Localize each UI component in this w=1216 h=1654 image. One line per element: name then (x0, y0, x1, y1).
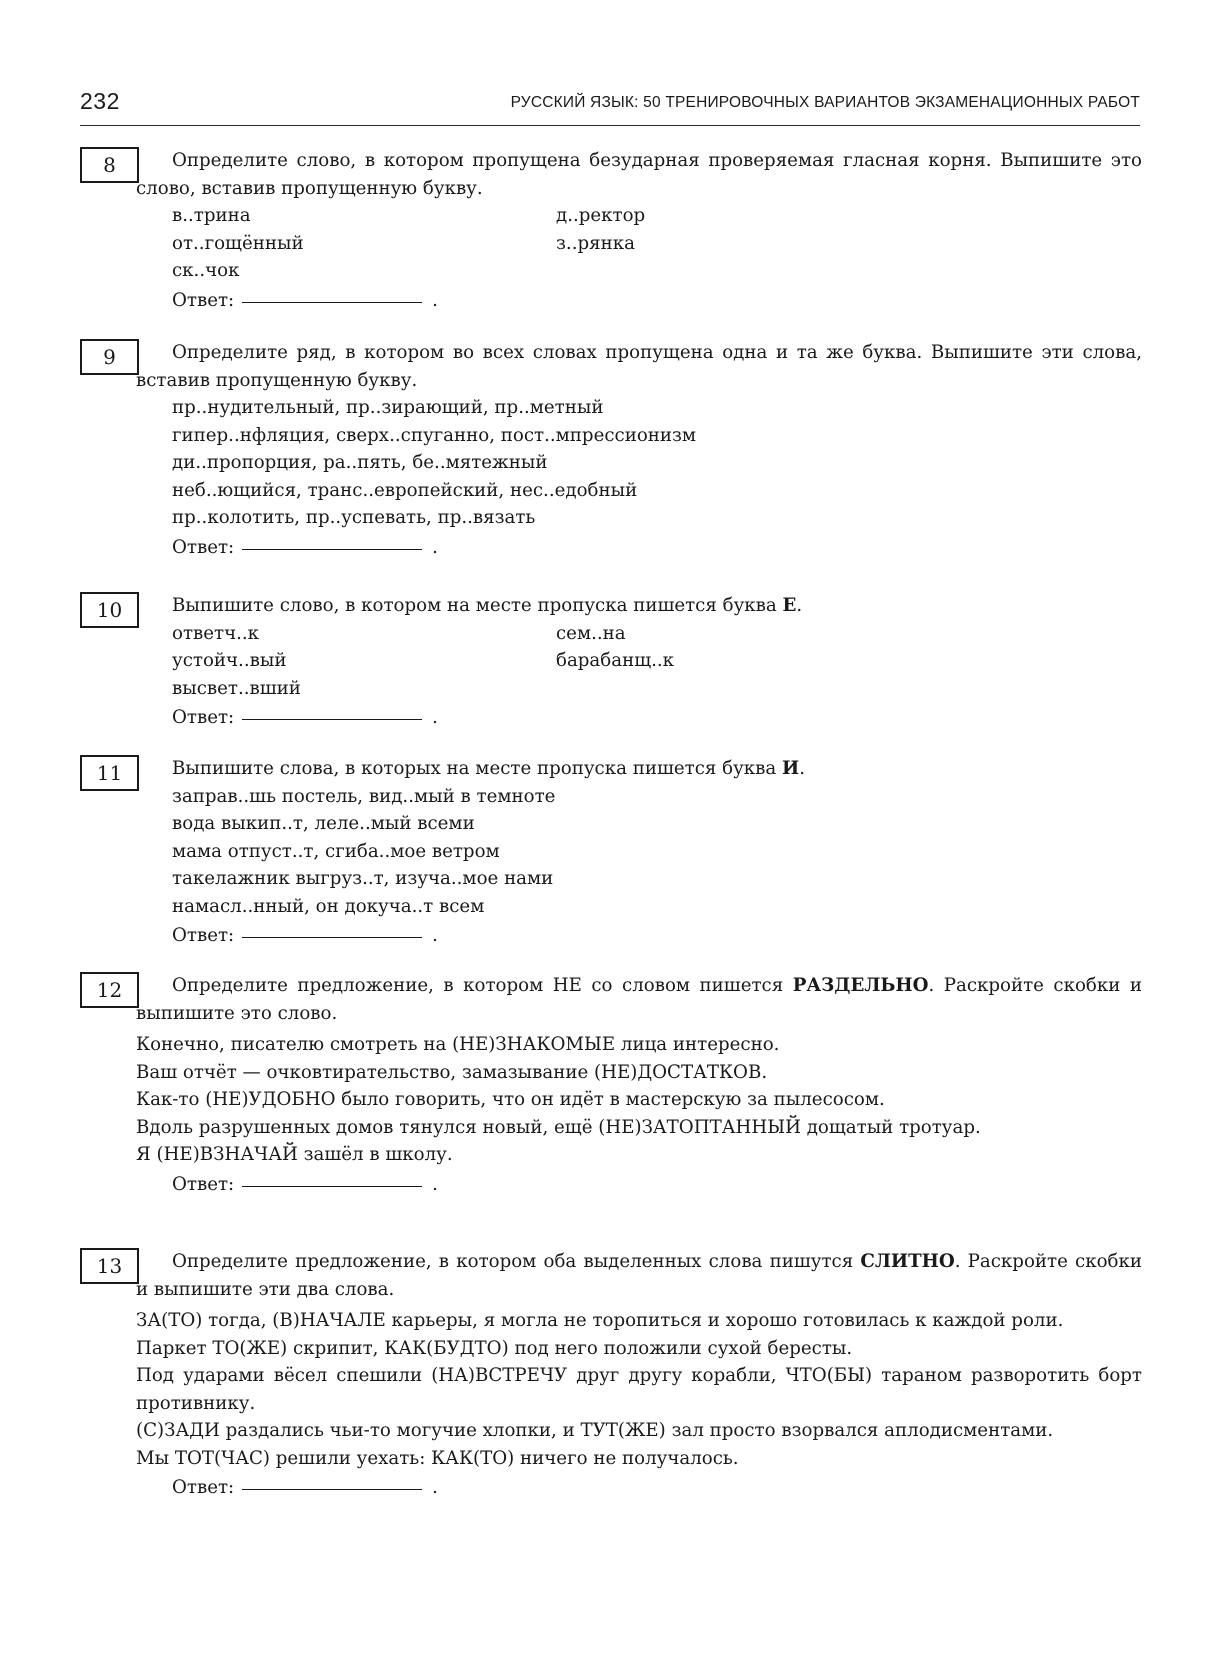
header-divider (80, 125, 1140, 126)
sentence: ЗА(ТО) тогда, (В)НАЧАЛЕ карьеры, я могла… (136, 1307, 1142, 1335)
answer-label: Ответ: (172, 922, 234, 950)
task-11: 11 Выпишите слова, в которых на месте пр… (80, 755, 1142, 952)
task-prompt: Выпишите слова, в которых на месте пропу… (136, 755, 1142, 783)
answer-period: . (432, 922, 438, 950)
task-9: 9 Определите ряд, в котором во всех слов… (80, 339, 1142, 564)
answer-blank-line[interactable] (242, 549, 422, 550)
word-option: ответч..к (172, 620, 556, 648)
word-row: такелажник выгруз..т, изуча..мое нами (172, 865, 1142, 893)
task-number-box: 11 (80, 755, 139, 791)
task-prompt: Определите предложение, в котором оба вы… (136, 1248, 1142, 1303)
answer-blank-line[interactable] (242, 302, 422, 303)
word-option: устойч..вый (172, 647, 556, 675)
word-row: гипер..нфляция, сверх..спуганно, пост..м… (172, 422, 1142, 450)
task-prompt: Определите ряд, в котором во всех словах… (136, 339, 1142, 394)
sentence: (С)ЗАДИ раздались чьи-то могучие хлопки,… (136, 1417, 1142, 1445)
prompt-text: Выпишите слово, в котором на месте пропу… (172, 595, 783, 616)
answer-blank-line[interactable] (242, 1489, 422, 1490)
word-option: д..ректор (556, 202, 856, 230)
word-rows: пр..нудительный, пр..зирающий, пр..метны… (172, 394, 1142, 532)
word-row: заправ..шь постель, вид..мый в темноте (172, 783, 1142, 811)
task-number-box: 12 (80, 972, 139, 1008)
word-option: в..трина (172, 202, 556, 230)
answer-period: . (432, 1171, 438, 1199)
task-number-box: 13 (80, 1248, 139, 1284)
task-number-box: 10 (80, 592, 139, 628)
prompt-emphasis: СЛИТНО (860, 1251, 954, 1272)
word-option: з..рянка (556, 230, 856, 258)
sentence: Мы ТОТ(ЧАС) решили уехать: КАК(ТО) ничег… (136, 1445, 1142, 1473)
prompt-text: Выпишите слова, в которых на месте пропу… (172, 758, 782, 779)
answer-label: Ответ: (172, 1474, 234, 1502)
task-number-box: 9 (80, 339, 139, 375)
page-header: 232 РУССКИЙ ЯЗЫК: 50 ТРЕНИРОВОЧНЫХ ВАРИА… (80, 86, 1140, 126)
task-number-box: 8 (80, 147, 139, 183)
prompt-emphasis: И (782, 758, 799, 779)
prompt-emphasis: Е (783, 595, 797, 616)
answer-field[interactable]: Ответ:. (172, 704, 1142, 734)
word-row: пр..нудительный, пр..зирающий, пр..метны… (172, 394, 1142, 422)
task-8: 8 Определите слово, в котором пропущена … (80, 147, 1142, 317)
word-option (556, 257, 856, 285)
task-10: 10 Выпишите слово, в котором на месте пр… (80, 592, 1142, 734)
answer-period: . (432, 704, 438, 732)
page-number: 232 (80, 88, 120, 115)
sentence-list: Конечно, писателю смотреть на (НЕ)ЗНАКОМ… (172, 1031, 1142, 1169)
answer-label: Ответ: (172, 534, 234, 562)
sentence-list: ЗА(ТО) тогда, (В)НАЧАЛЕ карьеры, я могла… (172, 1307, 1142, 1472)
word-row: вода выкип..т, леле..мый всеми (172, 810, 1142, 838)
word-row: мама отпуст..т, сгиба..мое ветром (172, 838, 1142, 866)
book-page: 232 РУССКИЙ ЯЗЫК: 50 ТРЕНИРОВОЧНЫХ ВАРИА… (0, 0, 1216, 1654)
prompt-emphasis: РАЗДЕЛЬНО (793, 975, 929, 996)
answer-field[interactable]: Ответ:. (172, 1171, 1142, 1201)
sentence: Конечно, писателю смотреть на (НЕ)ЗНАКОМ… (136, 1031, 1142, 1059)
word-option: ск..чок (172, 257, 556, 285)
prompt-text: Определите предложение, в котором оба вы… (172, 1251, 860, 1272)
word-options: ответч..к сем..на устойч..вый барабанщ..… (172, 620, 1142, 703)
word-rows: заправ..шь постель, вид..мый в темноте в… (172, 783, 1142, 921)
answer-field[interactable]: Ответ:. (172, 1474, 1142, 1504)
answer-field[interactable]: Ответ:. (172, 534, 1142, 564)
answer-blank-line[interactable] (242, 937, 422, 938)
sentence: Вдоль разрушенных домов тянулся новый, е… (136, 1114, 1142, 1142)
task-12: 12 Определите предложение, в котором НЕ … (80, 972, 1142, 1201)
answer-blank-line[interactable] (242, 1186, 422, 1187)
word-options: в..трина д..ректор от..гощённый з..рянка… (172, 202, 1142, 285)
sentence: Паркет ТО(ЖЕ) скрипит, КАК(БУДТО) под не… (136, 1335, 1142, 1363)
word-option: от..гощённый (172, 230, 556, 258)
answer-field[interactable]: Ответ:. (172, 287, 1142, 317)
prompt-text: Определите предложение, в котором НЕ со … (172, 975, 793, 996)
answer-field[interactable]: Ответ:. (172, 922, 1142, 952)
answer-label: Ответ: (172, 704, 234, 732)
answer-period: . (432, 287, 438, 315)
task-prompt: Выпишите слово, в котором на месте пропу… (136, 592, 1142, 620)
word-row: пр..колотить, пр..успевать, пр..вязать (172, 504, 1142, 532)
task-prompt: Определите предложение, в котором НЕ со … (136, 972, 1142, 1027)
word-option: высвет..вший (172, 675, 556, 703)
answer-period: . (432, 1474, 438, 1502)
word-row: ди..пропорция, ра..пять, бе..мятежный (172, 449, 1142, 477)
sentence: Под ударами вёсел спешили (НА)ВСТРЕЧУ др… (136, 1362, 1142, 1417)
task-13: 13 Определите предложение, в котором оба… (80, 1248, 1142, 1504)
sentence: Как-то (НЕ)УДОБНО было говорить, что он … (136, 1086, 1142, 1114)
answer-label: Ответ: (172, 287, 234, 315)
task-prompt: Определите слово, в котором пропущена бе… (136, 147, 1142, 202)
sentence: Я (НЕ)ВЗНАЧАЙ зашёл в школу. (136, 1141, 1142, 1169)
running-title: РУССКИЙ ЯЗЫК: 50 ТРЕНИРОВОЧНЫХ ВАРИАНТОВ… (511, 94, 1140, 112)
prompt-end: . (799, 758, 805, 779)
prompt-end: . (796, 595, 802, 616)
word-option: барабанщ..к (556, 647, 856, 675)
answer-blank-line[interactable] (242, 719, 422, 720)
word-option (556, 675, 856, 703)
word-row: намасл..нный, он докуча..т всем (172, 893, 1142, 921)
word-row: неб..ющийся, транс..европейский, нес..ед… (172, 477, 1142, 505)
answer-period: . (432, 534, 438, 562)
answer-label: Ответ: (172, 1171, 234, 1199)
word-option: сем..на (556, 620, 856, 648)
sentence: Ваш отчёт — очковтирательство, замазыван… (136, 1059, 1142, 1087)
